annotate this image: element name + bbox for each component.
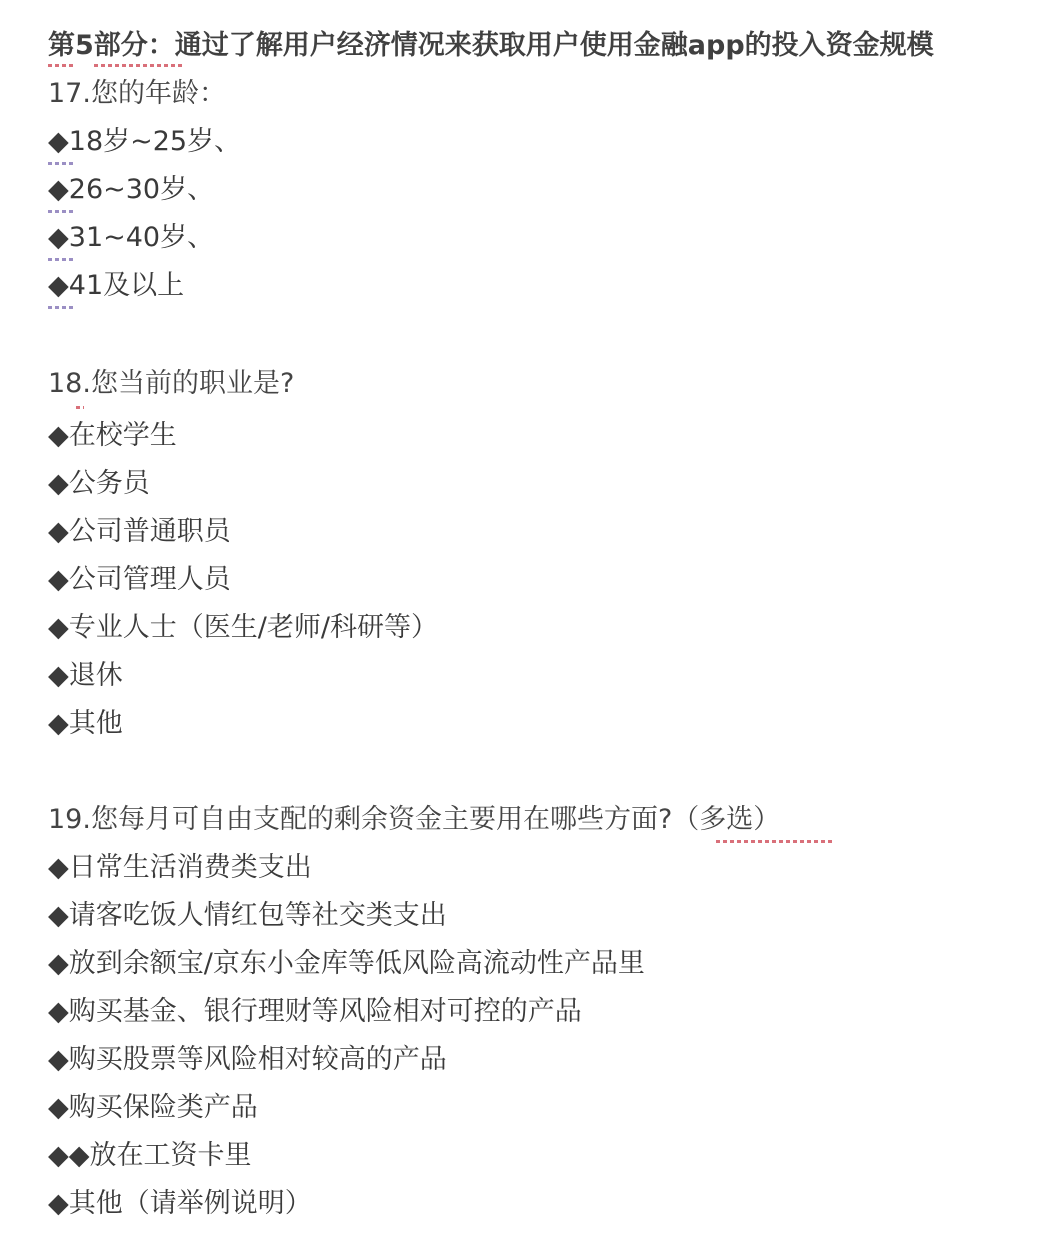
question-19: 19.您每月可自由支配的剩余资金主要用在哪些方面?（多选） [48, 802, 780, 838]
option: ◆购买保险类产品 [48, 1090, 258, 1126]
option: ◆退休 [48, 658, 123, 694]
option: ◆日常生活消费类支出 [48, 850, 312, 886]
question-18: 18.您当前的职业是? [48, 366, 294, 402]
spellcheck-underline [48, 258, 76, 261]
section-title: 第5部分：通过了解用户经济情况来获取用户使用金融app的投入资金规模 [48, 28, 934, 64]
option: ◆购买基金、银行理财等风险相对可控的产品 [48, 994, 582, 1030]
option: ◆公司普通职员 [48, 514, 231, 550]
option: ◆公司管理人员 [48, 562, 231, 598]
option: ◆其他 [48, 706, 123, 742]
option: ◆公务员 [48, 466, 150, 502]
spellcheck-underline [48, 306, 76, 309]
spellcheck-underline [716, 840, 832, 843]
option: ◆请客吃饭人情红包等社交类支出 [48, 898, 447, 934]
question-17: 17.您的年龄： [48, 76, 226, 112]
spellcheck-underline [94, 64, 182, 67]
spellcheck-underline [76, 406, 84, 409]
option: ◆购买股票等风险相对较高的产品 [48, 1042, 447, 1078]
option: ◆26~30岁、 [48, 172, 214, 208]
option: ◆31~40岁、 [48, 220, 214, 256]
option: ◆◆放在工资卡里 [48, 1138, 252, 1174]
option: ◆放到余额宝/京东小金库等低风险高流动性产品里 [48, 946, 645, 982]
option: ◆其他（请举例说明） [48, 1186, 312, 1222]
option: ◆专业人士（医生/老师/科研等） [48, 610, 438, 646]
option: ◆41及以上 [48, 268, 184, 304]
spellcheck-underline [48, 64, 74, 67]
option: ◆18岁~25岁、 [48, 124, 241, 160]
option: ◆在校学生 [48, 418, 177, 454]
spellcheck-underline [48, 210, 76, 213]
spellcheck-underline [48, 162, 76, 165]
